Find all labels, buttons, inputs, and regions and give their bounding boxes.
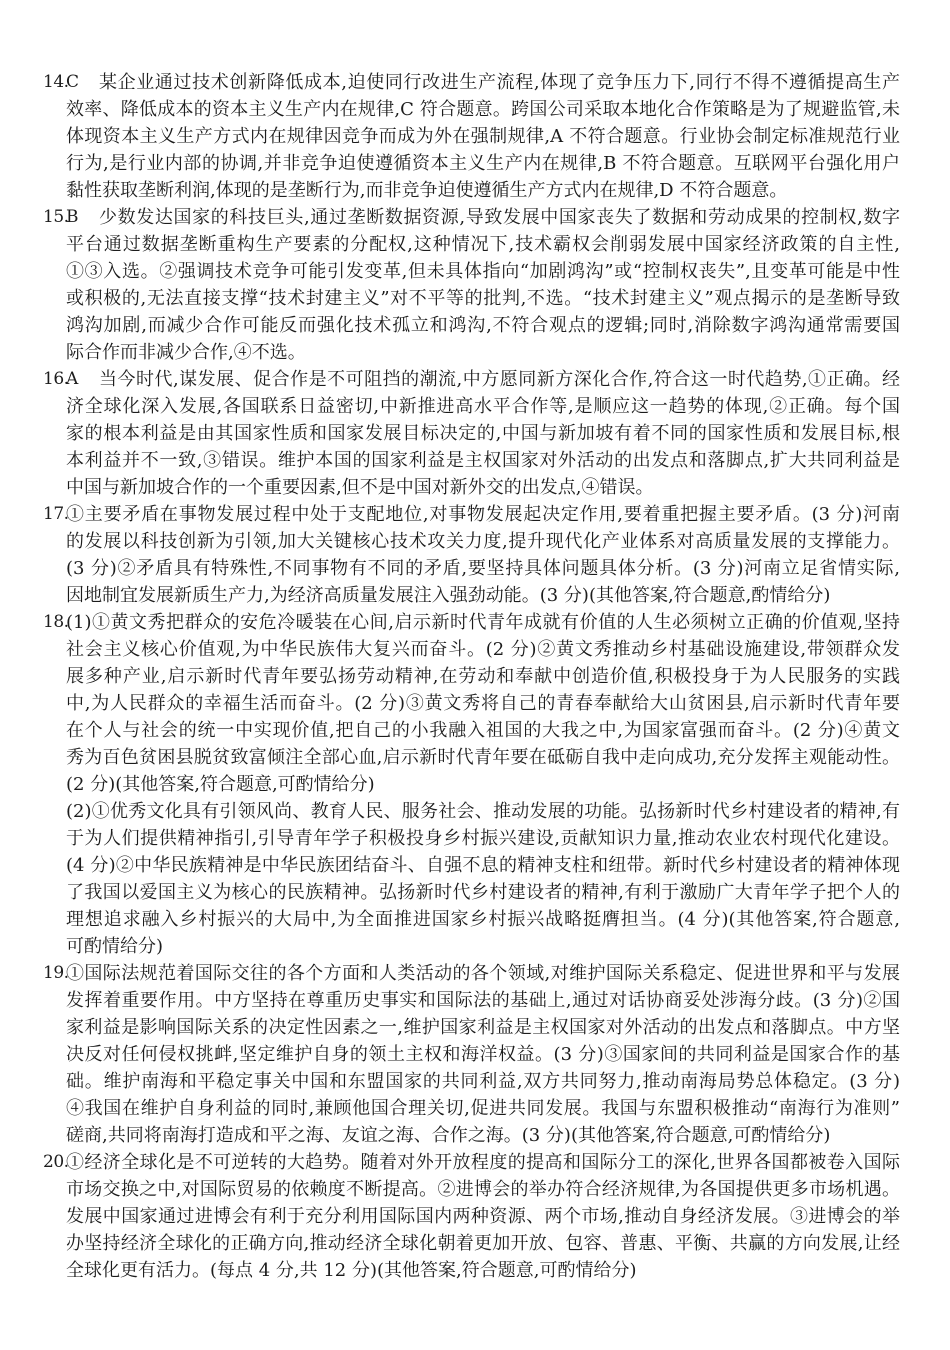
answer-line: 秀为百色贫困县脱贫致富倾注全部心血,启示新时代青年要在砥砺自我中走向成功,充分发… — [66, 744, 900, 771]
answer-line: 的发展以科技创新为引领,加大关键核心技术攻关力度,提升现代化产业体系对高质量发展… — [66, 528, 900, 555]
answer-line: ①经济全球化是不可逆转的大趋势。随着对外开放程度的提高和国际分工的深化,世界各国… — [66, 1149, 900, 1176]
answer-line: 际合作而非减少合作,④不选。 — [66, 339, 900, 366]
answer-line: ①③入选。②强调技术竞争可能引发变革,但未具体指向“加剧鸿沟”或“控制权丧失”,… — [66, 258, 900, 285]
answer-item-18: 18. (1)①黄文秀把群众的安危冷暖装在心间,启示新时代青年成就有价值的人生必… — [0, 609, 950, 960]
answer-line: ①国际法规范着国际交往的各个方面和人类活动的各个领域,对维护国际关系稳定、促进世… — [66, 960, 900, 987]
answer-choice: C — [66, 69, 99, 96]
answer-line: (4 分)②中华民族精神是中华民族团结奋斗、自强不息的精神支柱和纽带。新时代乡村… — [66, 852, 900, 879]
question-number: 20. — [43, 1149, 69, 1176]
answer-line: (2)①优秀文化具有引领风尚、教育人民、服务社会、推动发展的功能。弘扬新时代乡村… — [66, 798, 900, 825]
answer-line: 全球化更有活力。(每点 4 分,共 12 分)(其他答案,符合题意,可酌情给分) — [66, 1257, 900, 1284]
answer-item-14: 14. C 某企业通过技术创新降低成本,迫使同行改进生产流程,体现了竞争压力下,… — [0, 69, 950, 204]
answer-line: 家利益是影响国际关系的决定性因素之一,维护国家利益是主权国家对外活动的出发点和落… — [66, 1014, 900, 1041]
answer-line: ①主要矛盾在事物发展过程中处于支配地位,对事物发展起决定作用,要着重把握主要矛盾… — [66, 501, 900, 528]
answer-line: 于为人们提供精神指引,引导青年学子积极投身乡村振兴建设,贡献知识力量,推动农业农… — [66, 825, 900, 852]
answer-document: 14. C 某企业通过技术创新降低成本,迫使同行改进生产流程,体现了竞争压力下,… — [0, 69, 950, 1284]
answer-line: 因地制宜发展新质生产力,为经济高质量发展注入强劲动能。(3 分)(其他答案,符合… — [66, 582, 900, 609]
answer-line: 在个人与社会的统一中实现价值,把自己的小我融入祖国的大我之中,为国家富强而奋斗。… — [66, 717, 900, 744]
answer-line: 社会主义核心价值观,为中华民族伟大复兴而奋斗。(2 分)②黄文秀推动乡村基础设施… — [66, 636, 900, 663]
question-number: 15. — [43, 204, 69, 231]
answer-line: ④我国在维护自身利益的同时,兼顾他国合理关切,促进共同发展。我国与东盟积极推动“… — [66, 1095, 900, 1122]
answer-line: 鸿沟加剧,而减少合作可能反而强化技术孤立和鸿沟,不符合观点的逻辑;同时,消除数字… — [66, 312, 900, 339]
answer-line: 中国与新加坡合作的一个重要因素,但不是中国对新外交的出发点,④错误。 — [66, 474, 900, 501]
answer-text: 某企业通过技术创新降低成本,迫使同行改进生产流程,体现了竞争压力下,同行不得不遵… — [99, 69, 900, 96]
answer-item-15: 15. B 少数发达国家的科技巨头,通过垄断数据资源,导致发展中国家丧失了数据和… — [0, 204, 950, 366]
answer-choice: A — [66, 366, 99, 393]
answer-line: 中,为人民群众的幸福生活而奋斗。(2 分)③黄文秀将自己的青春奉献给大山贫困县,… — [66, 690, 900, 717]
answer-line: A 当今时代,谋发展、促合作是不可阻挡的潮流,中方愿同新方深化合作,符合这一时代… — [66, 366, 900, 393]
answer-text: 少数发达国家的科技巨头,通过垄断数据资源,导致发展中国家丧失了数据和劳动成果的控… — [99, 204, 900, 231]
answer-item-19: 19. ①国际法规范着国际交往的各个方面和人类活动的各个领域,对维护国际关系稳定… — [0, 960, 950, 1149]
answer-item-17: 17. ①主要矛盾在事物发展过程中处于支配地位,对事物发展起决定作用,要着重把握… — [0, 501, 950, 609]
question-number: 19. — [43, 960, 69, 987]
answer-item-16: 16. A 当今时代,谋发展、促合作是不可阻挡的潮流,中方愿同新方深化合作,符合… — [0, 366, 950, 501]
answer-line: C 某企业通过技术创新降低成本,迫使同行改进生产流程,体现了竞争压力下,同行不得… — [66, 69, 900, 96]
answer-line: B 少数发达国家的科技巨头,通过垄断数据资源,导致发展中国家丧失了数据和劳动成果… — [66, 204, 900, 231]
answer-line: 或积极的,无法直接支撑“技术封建主义”对不平等的批判,不选。“技术封建主义”观点… — [66, 285, 900, 312]
answer-line: 发展中国家通过进博会有利于充分利用国际国内两种资源、两个市场,推动自身经济发展。… — [66, 1203, 900, 1230]
answer-line: 平台通过数据垄断重构生产要素的分配权,这种情况下,技术霸权会削弱发展中国家经济政… — [66, 231, 900, 258]
answer-line: 础。维护南海和平稳定事关中国和东盟国家的共同利益,双方共同努力,推动南海局势总体… — [66, 1068, 900, 1095]
answer-line: (2 分)(其他答案,符合题意,可酌情给分) — [66, 771, 900, 798]
answer-line: 黏性获取垄断利润,体现的是垄断行为,而非竞争迫使遵循生产方式内在规律,D 不符合… — [66, 177, 900, 204]
answer-line: (1)①黄文秀把群众的安危冷暖装在心间,启示新时代青年成就有价值的人生必须树立正… — [66, 609, 900, 636]
answer-line: 本利益并不一致,③错误。维护本国的国家利益是主权国家对外活动的出发点和落脚点,扩… — [66, 447, 900, 474]
question-number: 16. — [43, 366, 69, 393]
answer-line: 决反对任何侵权挑衅,坚定维护自身的领土主权和海洋权益。(3 分)③国家间的共同利… — [66, 1041, 900, 1068]
answer-line: 磋商,共同将南海打造成和平之海、友谊之海、合作之海。(3 分)(其他答案,符合题… — [66, 1122, 900, 1149]
answer-line: 济全球化深入发展,各国联系日益密切,中新推进高水平合作等,是顺应这一趋势的体现,… — [66, 393, 900, 420]
answer-line: 发挥着重要作用。中方坚持在尊重历史事实和国际法的基础上,通过对话协商妥处涉海分歧… — [66, 987, 900, 1014]
answer-line: (3 分)②矛盾具有特殊性,不同事物有不同的矛盾,要坚持具体问题具体分析。(3 … — [66, 555, 900, 582]
answer-line: 体现资本主义生产方式内在规律因竞争而成为外在强制规律,A 不符合题意。行业协会制… — [66, 123, 900, 150]
question-number: 18. — [43, 609, 69, 636]
answer-line: 理想追求融入乡村振兴的大局中,为全面推进国家乡村振兴战略挺膺担当。(4 分)(其… — [66, 906, 900, 933]
answer-choice: B — [66, 204, 99, 231]
answer-text: 当今时代,谋发展、促合作是不可阻挡的潮流,中方愿同新方深化合作,符合这一时代趋势… — [99, 366, 900, 393]
question-number: 17. — [43, 501, 69, 528]
question-number: 14. — [43, 69, 69, 96]
answer-line: 可酌情给分) — [66, 933, 900, 960]
answer-line: 行为,是行业内部的协调,并非竞争迫使遵循资本主义生产内在规律,B 不符合题意。互… — [66, 150, 900, 177]
answer-item-20: 20. ①经济全球化是不可逆转的大趋势。随着对外开放程度的提高和国际分工的深化,… — [0, 1149, 950, 1284]
answer-line: 展多种产业,启示新时代青年要弘扬劳动精神,在劳动和奉献中创造价值,积极投身于为人… — [66, 663, 900, 690]
answer-line: 了我国以爱国主义为核心的民族精神。弘扬新时代乡村建设者的精神,有利于激励广大青年… — [66, 879, 900, 906]
answer-line: 市场交换之中,对国际贸易的依赖度不断提高。②进博会的举办符合经济规律,为各国提供… — [66, 1176, 900, 1203]
answer-line: 家的根本利益是由其国家性质和国家发展目标决定的,中国与新加坡有着不同的国家性质和… — [66, 420, 900, 447]
answer-line: 效率、降低成本的资本主义生产内在规律,C 符合题意。跨国公司采取本地化合作策略是… — [66, 96, 900, 123]
answer-line: 办坚持经济全球化的正确方向,推动经济全球化朝着更加开放、包容、普惠、平衡、共赢的… — [66, 1230, 900, 1257]
